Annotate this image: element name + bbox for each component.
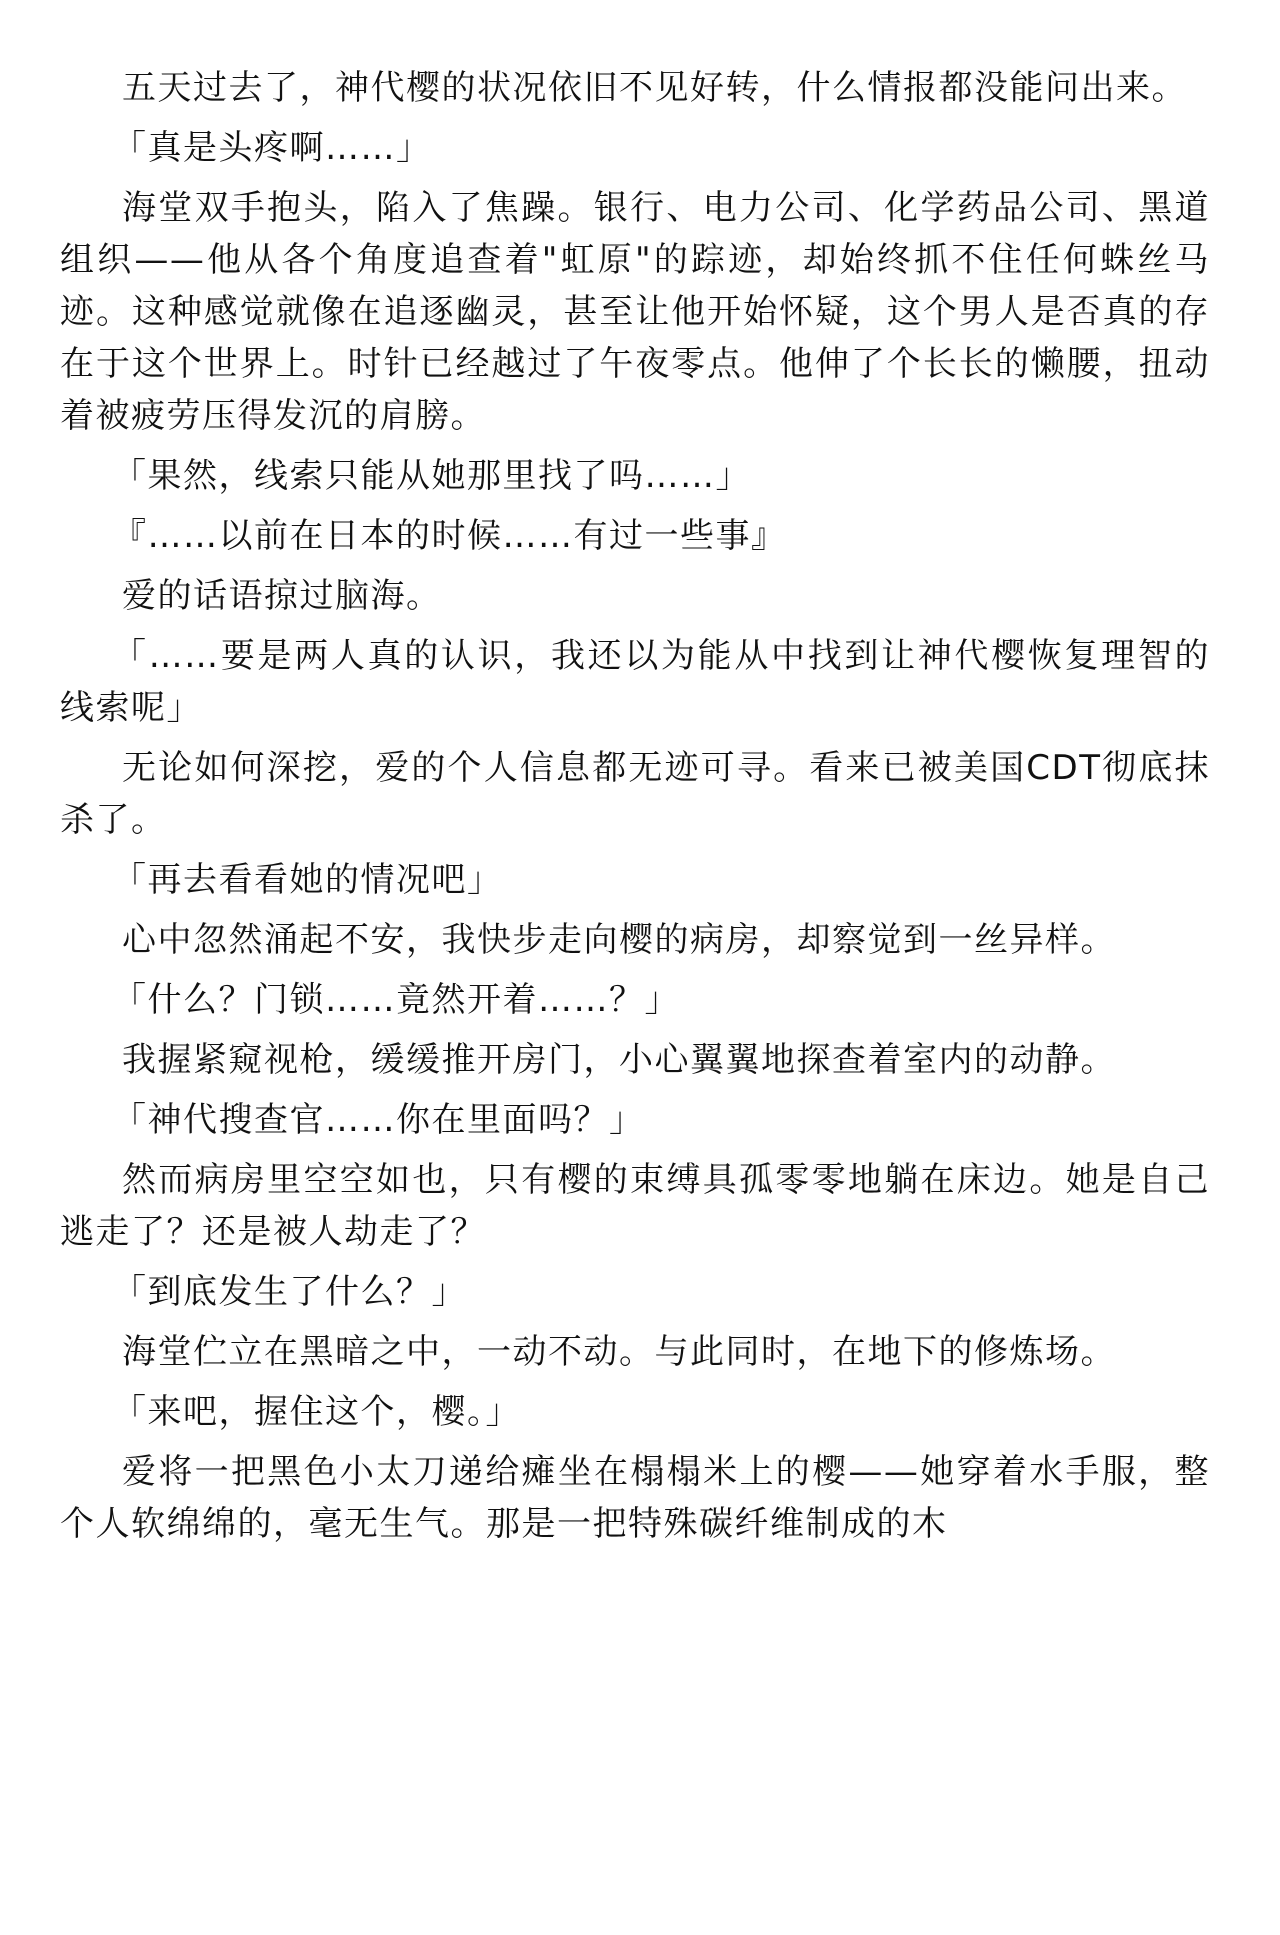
paragraph-dialogue: 「到底发生了什么？」 xyxy=(60,1266,1210,1318)
paragraph-narration: 然而病房里空空如也，只有樱的束缚具孤零零地躺在床边。她是自己逃走了？还是被人劫走… xyxy=(60,1154,1210,1258)
paragraph-narration: 我握紧窥视枪，缓缓推开房门，小心翼翼地探查着室内的动静。 xyxy=(60,1034,1210,1086)
paragraph-dialogue: 「来吧，握住这个，樱。」 xyxy=(60,1386,1210,1438)
paragraph-dialogue: 『……以前在日本的时候……有过一些事』 xyxy=(60,510,1210,562)
paragraph-narration: 海堂伫立在黑暗之中，一动不动。与此同时，在地下的修炼场。 xyxy=(60,1326,1210,1378)
paragraph-narration: 心中忽然涌起不安，我快步走向樱的病房，却察觉到一丝异样。 xyxy=(60,914,1210,966)
paragraph-narration: 五天过去了，神代樱的状况依旧不见好转，什么情报都没能问出来。 xyxy=(60,62,1210,114)
paragraph-dialogue: 「再去看看她的情况吧」 xyxy=(60,854,1210,906)
paragraph-dialogue: 「神代搜查官……你在里面吗？」 xyxy=(60,1094,1210,1146)
paragraph-dialogue: 「……要是两人真的认识，我还以为能从中找到让神代樱恢复理智的线索呢」 xyxy=(60,630,1210,734)
paragraph-narration: 爱将一把黑色小太刀递给瘫坐在榻榻米上的樱——她穿着水手服，整个人软绵绵的，毫无生… xyxy=(60,1446,1210,1550)
paragraph-narration: 海堂双手抱头，陷入了焦躁。银行、电力公司、化学药品公司、黑道组织——他从各个角度… xyxy=(60,182,1210,442)
paragraph-dialogue: 「什么？门锁……竟然开着……？」 xyxy=(60,974,1210,1026)
document-page: 五天过去了，神代樱的状况依旧不见好转，什么情报都没能问出来。 「真是头疼啊……」… xyxy=(60,62,1210,1558)
paragraph-narration: 无论如何深挖，爱的个人信息都无迹可寻。看来已被美国CDT彻底抹杀了。 xyxy=(60,742,1210,846)
paragraph-narration: 爱的话语掠过脑海。 xyxy=(60,570,1210,622)
paragraph-dialogue: 「真是头疼啊……」 xyxy=(60,122,1210,174)
paragraph-dialogue: 「果然，线索只能从她那里找了吗……」 xyxy=(60,450,1210,502)
